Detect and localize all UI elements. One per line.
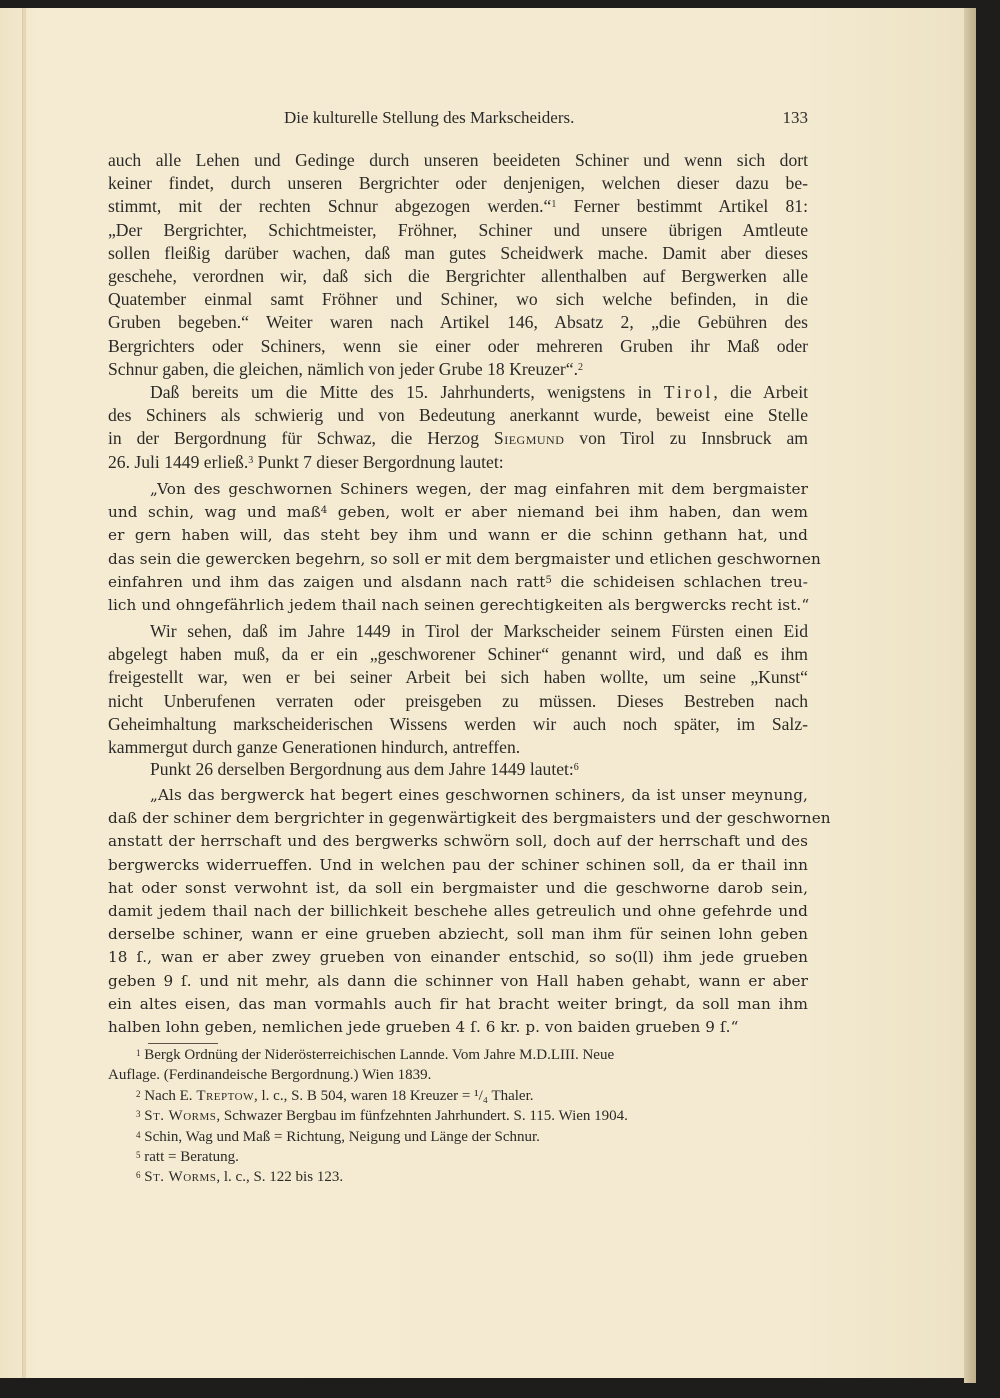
text-line: stimmt, mit der rechten Schnur abgezogen…: [108, 195, 808, 218]
text-line: damit jedem thail nach der billichkeit b…: [108, 900, 808, 923]
text-line: abgelegt haben muß, da er ein „geschwore…: [108, 643, 808, 666]
text-line: hat oder sonst verwohnt ist, da soll ein…: [108, 877, 808, 900]
text-line: Wir sehen, daß im Jahre 1449 in Tirol de…: [108, 620, 808, 643]
text-line: in der Bergordnung für Schwaz, die Herzo…: [108, 427, 808, 450]
name-siegmund: Siegmund: [494, 428, 564, 448]
text-line: geschehe, verordnen wir, daß sich die Be…: [108, 265, 808, 288]
paragraph-2: Daß bereits um die Mitte des 15. Jahrhun…: [108, 381, 808, 474]
text-line: bergwercks widerrueffen. Und in welchen …: [108, 854, 808, 877]
text-line: das sein die gewercken begehrn, so soll …: [108, 548, 808, 571]
text-line: Geheimhaltung markscheiderischen Wissens…: [108, 713, 808, 736]
text-line: 18 ſ., wan er aber zwey grueben von eina…: [108, 946, 808, 969]
text-line: sollen fleißig darüber wachen, daß man g…: [108, 242, 808, 265]
footnote-ref: 2: [578, 362, 583, 373]
text-line: „Der Bergrichter, Schichtmeister, Fröhne…: [108, 219, 808, 242]
footnote-3: 3 St. Worms, Schwazer Bergbau im fünfzeh…: [108, 1106, 808, 1126]
footnote-6: 6 St. Worms, l. c., S. 122 bis 123.: [108, 1167, 808, 1187]
footnote-ref: 5: [545, 575, 551, 586]
footnote-ref: 3: [248, 455, 253, 466]
footnote-ref: 6: [574, 762, 579, 773]
footnote-2: 2 Nach E. Treptow, l. c., S. B 504, ware…: [108, 1086, 808, 1106]
text-line: daß der schiner dem bergrichter in gegen…: [108, 807, 808, 830]
text-line: des Schiners als schwierig und von Bedeu…: [108, 404, 808, 427]
paragraph-4: Punkt 26 derselben Bergordnung aus dem J…: [108, 758, 808, 781]
text-line: anstatt der herrschaft und des bergwerks…: [108, 830, 808, 853]
text-line: Bergrichters oder Schiners, wenn sie ein…: [108, 335, 808, 358]
text-line: 26. Juli 1449 erließ.3 Punkt 7 dieser Be…: [108, 451, 808, 474]
text-line: lich und ohngefährlich jedem thail nach …: [108, 594, 808, 617]
text-line: „Von des geschwornen Schiners wegen, der…: [108, 478, 808, 501]
page-number: 133: [783, 108, 809, 128]
emphasis-tirol: Tirol: [664, 382, 714, 402]
footnote-4: 4 Schin, Wag und Maß = Richtung, Neigung…: [108, 1127, 808, 1147]
quote-fraktur-1: „Von des geschwornen Schiners wegen, der…: [108, 478, 808, 617]
page-gutter: [22, 8, 26, 1378]
text-line: ein altes eisen, das man vormahls auch f…: [108, 993, 808, 1016]
text-line: keiner findet, durch unseren Bergrichter…: [108, 172, 808, 195]
text-line: einfahren und ihm das zaigen und alsdann…: [108, 571, 808, 594]
page-edge: [964, 8, 976, 1383]
footnote-1-cont: Auflage. (Ferdinandeische Bergordnung.) …: [108, 1065, 808, 1085]
text-line: freigestellt war, wen er bei seiner Arbe…: [108, 666, 808, 689]
text-line: derselbe schiner, wann er eine grueben a…: [108, 923, 808, 946]
text-line: „Als das bergwerck hat begert eines gesc…: [108, 784, 808, 807]
text-line: Schnur gaben, die gleichen, nämlich von …: [108, 358, 808, 381]
text-line: Daß bereits um die Mitte des 15. Jahrhun…: [108, 381, 808, 404]
running-title: Die kulturelle Stellung des Markscheider…: [284, 108, 574, 128]
text-line: Quatember einmal samt Fröhner und Schine…: [108, 288, 808, 311]
text-line: er gern haben will, das steht bey ihm un…: [108, 524, 808, 547]
text-line: nicht Unberufenen verraten oder preisgeb…: [108, 690, 808, 713]
text-line: Gruben begeben.“ Weiter waren nach Artik…: [108, 311, 808, 334]
text-line: geben 9 ſ. und nit mehr, als dann die sc…: [108, 970, 808, 993]
text-line: auch alle Lehen und Gedinge durch unsere…: [108, 149, 808, 172]
footnote-ref: 1: [551, 199, 556, 210]
footnote-5: 5 ratt = Beratung.: [108, 1147, 808, 1167]
footnote-ref: 4: [321, 505, 327, 516]
text-line: Punkt 26 derselben Bergordnung aus dem J…: [108, 758, 808, 781]
paragraph-1: auch alle Lehen und Gedinge durch unsere…: [108, 149, 808, 381]
footnote-1: 1 Bergk Ordnüng der Niderösterreichische…: [108, 1045, 808, 1065]
quote-fraktur-2: „Als das bergwerck hat begert eines gesc…: [108, 784, 808, 1039]
text-line: kammergut durch ganze Generationen hindu…: [108, 736, 808, 759]
footnote-separator: [148, 1043, 218, 1044]
text-line: und schin, wag und maß4 geben, wolt er a…: [108, 501, 808, 524]
footnotes: 1 Bergk Ordnüng der Niderösterreichische…: [108, 1045, 808, 1188]
running-head: Die kulturelle Stellung des Markscheider…: [108, 108, 808, 132]
paragraph-3: Wir sehen, daß im Jahre 1449 in Tirol de…: [108, 620, 808, 759]
text-line: halben lohn geben, nemlichen jede gruebe…: [108, 1016, 808, 1039]
